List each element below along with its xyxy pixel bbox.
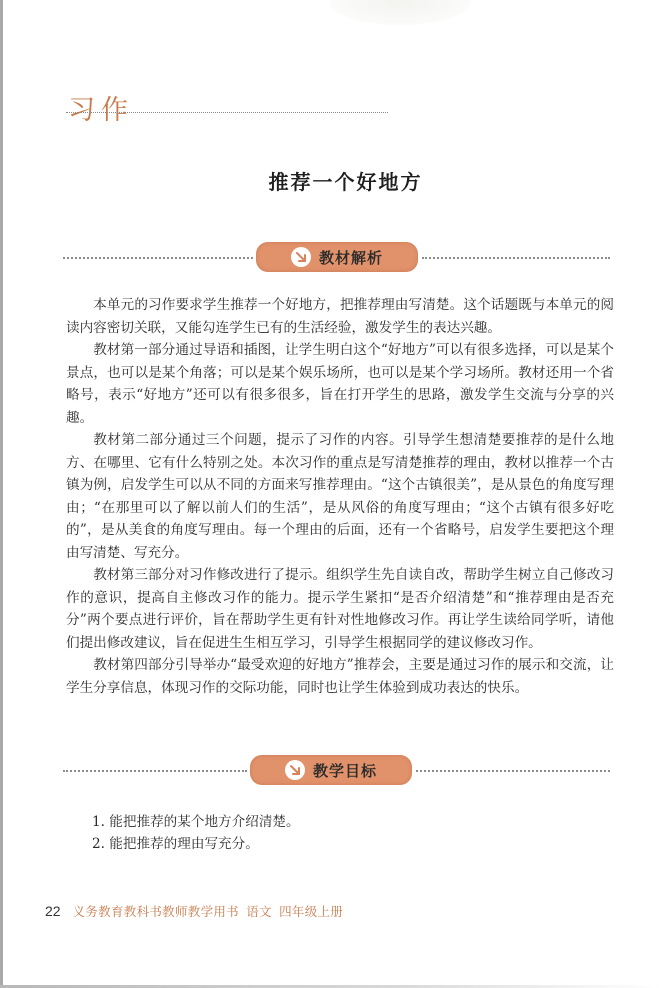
lesson-title: 推荐一个好地方 bbox=[0, 166, 661, 195]
arrow-down-right-circle-icon bbox=[285, 760, 305, 780]
paragraph: 教材第一部分通过导语和插图，让学生明白这个“好地方”可以有很多选择，可以是某个景… bbox=[66, 339, 614, 429]
banner-divider-right bbox=[422, 257, 610, 259]
section-banner-objectives: 教学目标 bbox=[0, 755, 661, 785]
section-title-divider bbox=[66, 112, 388, 113]
banner-divider-left bbox=[63, 257, 253, 259]
list-item: 2. 能把推荐的理由写充分。 bbox=[92, 833, 300, 855]
analysis-body: 本单元的习作要求学生推荐一个好地方，把推荐理由写清楚。这个话题既与本单元的阅读内… bbox=[66, 294, 614, 699]
banner-heading: 教材解析 bbox=[319, 247, 383, 268]
section-title: 习作 bbox=[68, 88, 134, 127]
page-left-border bbox=[0, 0, 3, 988]
banner-heading: 教学目标 bbox=[313, 760, 377, 781]
section-banner-analysis: 教材解析 bbox=[0, 242, 661, 272]
objectives-list: 1. 能把推荐的某个地方介绍清楚。 2. 能把推荐的理由写充分。 bbox=[92, 811, 300, 855]
paragraph: 本单元的习作要求学生推荐一个好地方，把推荐理由写清楚。这个话题既与本单元的阅读内… bbox=[66, 294, 614, 339]
page-footer: 22 义务教育教科书教师教学用书 语文 四年级上册 bbox=[45, 902, 343, 920]
list-item: 1. 能把推荐的某个地方介绍清楚。 bbox=[92, 811, 300, 833]
book-title: 义务教育教科书教师教学用书 语文 四年级上册 bbox=[73, 902, 344, 920]
arrow-down-right-circle-icon bbox=[291, 247, 311, 267]
paragraph: 教材第四部分引导举办“最受欢迎的好地方”推荐会，主要是通过习作的展示和交流，让学… bbox=[66, 654, 614, 699]
banner-divider-left bbox=[63, 770, 247, 772]
scan-smudge bbox=[330, 0, 470, 25]
page-number: 22 bbox=[45, 903, 61, 919]
paragraph: 教材第三部分对习作修改进行了提示。组织学生先自读自改，帮助学生树立自己修改习作的… bbox=[66, 564, 614, 654]
paragraph: 教材第二部分通过三个问题，提示了习作的内容。引导学生想清楚要推荐的是什么地方、在… bbox=[66, 429, 614, 564]
banner-pill: 教材解析 bbox=[256, 242, 418, 272]
banner-divider-right bbox=[416, 770, 610, 772]
banner-pill: 教学目标 bbox=[250, 755, 412, 785]
